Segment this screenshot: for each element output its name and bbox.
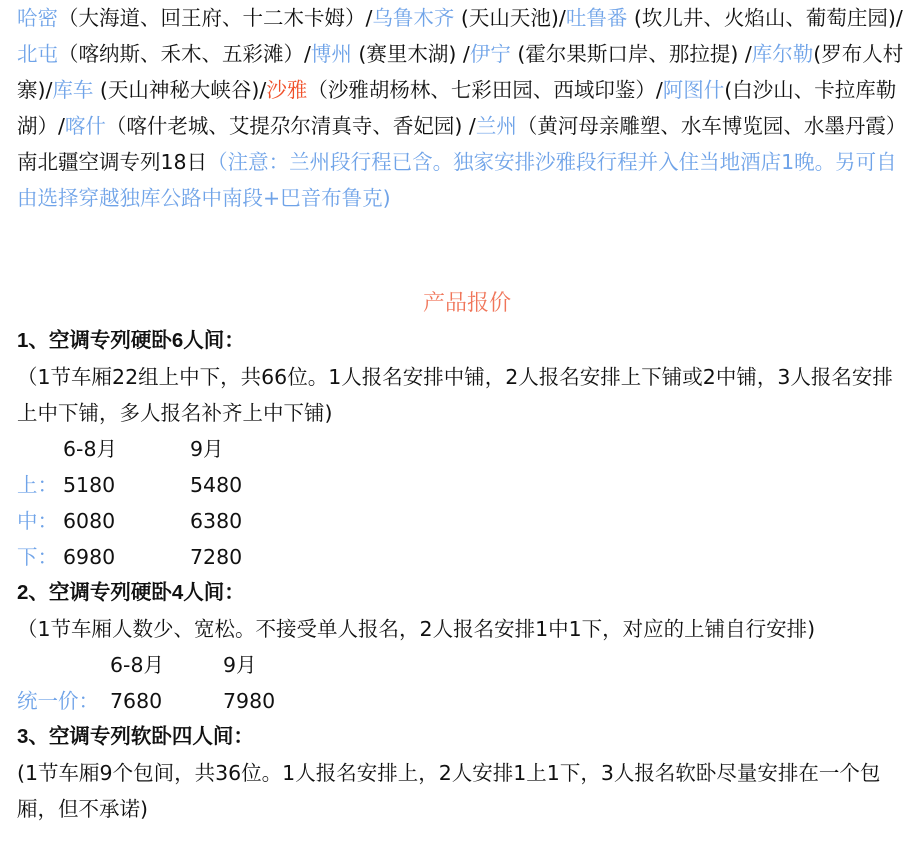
city-link-kashgar[interactable]: 喀什 <box>65 114 106 138</box>
row-label: 统一价： <box>17 683 110 719</box>
itinerary-text: (霍尔果斯口岸、那拉提) / <box>511 42 752 66</box>
itinerary-text: (天山天池)/ <box>454 6 565 30</box>
itinerary-text: (赛里木湖) / <box>352 42 470 66</box>
city-link-atushi[interactable]: 阿图什 <box>663 78 725 102</box>
column-header: 9月 <box>223 647 257 683</box>
document: 哈密（大海道、回王府、十二木卡姆）/乌鲁木齐 (天山天池)/吐鲁番 (坎儿井、火… <box>17 0 917 216</box>
column-header: 6-8月 <box>63 431 190 467</box>
row-label: 下： <box>17 539 63 575</box>
price-table-header: 6-8月 9月 <box>17 431 917 467</box>
price-row-middle: 中： 6080 6380 <box>17 503 917 539</box>
pricing-section: 1、空调专列硬卧6人间： （1节车厢22组上中下，共66位。1人报名安排中铺，2… <box>17 323 917 827</box>
itinerary-text: （沙雅胡杨林、七彩田园、西域印鉴）/ <box>307 78 662 102</box>
itinerary-text: （喀什老城、艾提尕尔清真寺、香妃园) / <box>106 114 476 138</box>
city-link-beitun[interactable]: 北屯 <box>17 42 58 66</box>
itinerary-text: (坎儿井、火焰山、葡萄庄园)/ <box>627 6 902 30</box>
section-heading-hard-sleeper-4: 2、空调专列硬卧4人间： <box>17 575 917 611</box>
column-header: 9月 <box>190 431 224 467</box>
city-link-kuqa[interactable]: 库车 <box>52 78 93 102</box>
price-row-unified: 统一价： 7680 7980 <box>17 683 917 719</box>
price-value: 7980 <box>223 683 275 719</box>
itinerary-text: （大海道、回王府、十二木卡姆）/ <box>58 6 372 30</box>
itinerary-text: (天山神秘大峡谷)/ <box>93 78 266 102</box>
itinerary-text: （喀纳斯、禾木、五彩滩）/ <box>58 42 311 66</box>
row-label: 上： <box>17 467 63 503</box>
price-table-hard-sleeper-6: 6-8月 9月 上： 5180 5480 中： 6080 6380 下： 698… <box>17 431 917 575</box>
price-value: 5480 <box>190 467 242 503</box>
price-value: 5180 <box>63 467 190 503</box>
section-description: （1节车厢人数少、宽松。不接受单人报名，2人报名安排1中1下，对应的上铺自行安排… <box>17 611 912 647</box>
city-link-hami[interactable]: 哈密 <box>17 6 58 30</box>
city-link-bozhou[interactable]: 博州 <box>311 42 352 66</box>
city-highlight-shaya: 沙雅 <box>266 78 307 102</box>
section-description: （1节车厢22组上中下，共66位。1人报名安排中铺，2人报名安排上下铺或2中铺，… <box>17 359 912 431</box>
price-value: 6380 <box>190 503 242 539</box>
section-heading-soft-sleeper-4: 3、空调专列软卧四人间： <box>17 719 917 755</box>
price-row-upper: 上： 5180 5480 <box>17 467 917 503</box>
city-link-yining[interactable]: 伊宁 <box>470 42 511 66</box>
price-table-header: 6-8月 9月 <box>17 647 917 683</box>
price-row-lower: 下： 6980 7280 <box>17 539 917 575</box>
price-value: 6980 <box>63 539 190 575</box>
row-label: 中： <box>17 503 63 539</box>
city-link-lanzhou[interactable]: 兰州 <box>476 114 517 138</box>
section-description: (1节车厢9个包间，共36位。1人报名安排上，2人安排1上1下，3人报名软卧尽量… <box>17 755 912 827</box>
itinerary-paragraph: 哈密（大海道、回王府、十二木卡姆）/乌鲁木齐 (天山天池)/吐鲁番 (坎儿井、火… <box>17 0 915 216</box>
price-table-hard-sleeper-4: 6-8月 9月 统一价： 7680 7980 <box>17 647 917 719</box>
city-link-korla[interactable]: 库尔勒 <box>752 42 814 66</box>
pricing-title: 产品报价 <box>17 286 917 317</box>
city-link-urumqi[interactable]: 乌鲁木齐 <box>372 6 454 30</box>
section-heading-hard-sleeper-6: 1、空调专列硬卧6人间： <box>17 323 917 359</box>
city-link-turpan[interactable]: 吐鲁番 <box>566 6 628 30</box>
price-value: 7680 <box>110 683 223 719</box>
column-header: 6-8月 <box>110 647 223 683</box>
price-value: 6080 <box>63 503 190 539</box>
price-value: 7280 <box>190 539 242 575</box>
